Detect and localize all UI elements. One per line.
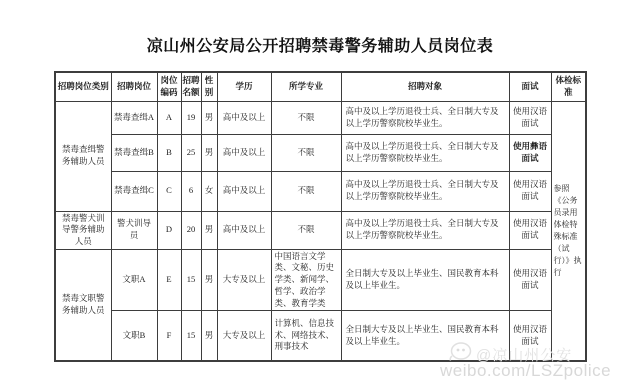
cell-target: 全日制大专及以上毕业生、国民教育本科及以上毕业生。 (341, 311, 509, 361)
scanned-document-page: 凉山州公安局公开招聘禁毒警务辅助人员岗位表 招聘岗位类别 招聘岗位 岗位编码 招… (0, 0, 640, 386)
cell-major: 不限 (271, 211, 341, 249)
cell-major: 不限 (271, 134, 341, 171)
recruitment-positions-table: 招聘岗位类别 招聘岗位 岗位编码 招聘名额 性别 学历 所学专业 招聘对象 面试… (54, 71, 587, 362)
header-interview: 面试 (509, 72, 551, 101)
cell-post: 文职B (111, 311, 157, 361)
cell-physical-standard: 参照《公务员录用体检特殊标准（试行）》执行 (551, 101, 586, 361)
cell-interview: 使用汉语面试 (509, 311, 551, 361)
cell-code: D (157, 211, 181, 249)
header-code: 岗位编码 (157, 72, 181, 101)
cell-education: 高中及以上 (217, 134, 271, 171)
cell-category-wenzhi: 禁毒文职警务辅助人员 (55, 249, 111, 361)
cell-quota: 15 (181, 311, 201, 361)
header-post: 招聘岗位 (111, 72, 157, 101)
cell-post: 警犬训导员 (111, 211, 157, 249)
table-row: 禁毒查缉C C 6 女 高中及以上 不限 高中及以上学历退役士兵、全日制大专及以… (55, 171, 586, 211)
cell-target: 高中及以上学历退役士兵、全日制大专及以上学历警察院校毕业生。 (341, 101, 509, 134)
header-target: 招聘对象 (341, 72, 509, 101)
cell-major: 中国语言文学类、文秘、历史学类、新闻学、哲学、政治学类、教育学类 (271, 249, 341, 311)
cell-target: 全日制大专及以上毕业生、国民教育本科及以上毕业生。 (341, 249, 509, 311)
cell-major: 不限 (271, 171, 341, 211)
cell-education: 大专及以上 (217, 311, 271, 361)
cell-interview: 使用汉语面试 (509, 101, 551, 134)
table-row: 禁毒查缉警务辅助人员 禁毒查缉A A 19 男 高中及以上 不限 高中及以上学历… (55, 101, 586, 134)
header-quota: 招聘名额 (181, 72, 201, 101)
cell-post: 禁毒查缉B (111, 134, 157, 171)
cell-education: 高中及以上 (217, 101, 271, 134)
cell-quota: 15 (181, 249, 201, 311)
cell-quota: 25 (181, 134, 201, 171)
cell-quota: 19 (181, 101, 201, 134)
cell-quota: 20 (181, 211, 201, 249)
cell-interview: 使用汉语面试 (509, 249, 551, 311)
cell-gender: 男 (201, 101, 217, 134)
table-row: 禁毒文职警务辅助人员 文职A E 15 男 大专及以上 中国语言文学类、文秘、历… (55, 249, 586, 311)
cell-post: 禁毒查缉C (111, 171, 157, 211)
cell-interview: 使用汉语面试 (509, 171, 551, 211)
cell-code: C (157, 171, 181, 211)
cell-code: F (157, 311, 181, 361)
cell-code: A (157, 101, 181, 134)
table-header-row: 招聘岗位类别 招聘岗位 岗位编码 招聘名额 性别 学历 所学专业 招聘对象 面试… (55, 72, 586, 101)
cell-quota: 6 (181, 171, 201, 211)
cell-education: 高中及以上 (217, 171, 271, 211)
cell-post: 文职A (111, 249, 157, 311)
cell-category-jingquan: 禁毒警犬训导警务辅助人员 (55, 211, 111, 249)
cell-education: 大专及以上 (217, 249, 271, 311)
cell-category-jiancha: 禁毒查缉警务辅助人员 (55, 101, 111, 211)
cell-target: 高中及以上学历退役士兵、全日制大专及以上学历警察院校毕业生。 (341, 211, 509, 249)
header-category: 招聘岗位类别 (55, 72, 111, 101)
page-title: 凉山州公安局公开招聘禁毒警务辅助人员岗位表 (0, 34, 640, 60)
header-gender: 性别 (201, 72, 217, 101)
cell-major: 计算机、信息技术、网络技术、刑事技术 (271, 311, 341, 361)
cell-gender: 男 (201, 249, 217, 311)
cell-code: B (157, 134, 181, 171)
cell-education: 高中及以上 (217, 211, 271, 249)
cell-interview-yi-language: 使用彝语面试 (509, 134, 551, 171)
cell-gender: 男 (201, 211, 217, 249)
watermark-url-text: weibo.com/LSZpolice (440, 361, 611, 381)
cell-target: 高中及以上学历退役士兵、全日制大专及以上学历警察院校毕业生。 (341, 171, 509, 211)
cell-interview: 使用汉语面试 (509, 211, 551, 249)
table-row: 文职B F 15 男 大专及以上 计算机、信息技术、网络技术、刑事技术 全日制大… (55, 311, 586, 361)
header-major: 所学专业 (271, 72, 341, 101)
table-row: 禁毒警犬训导警务辅助人员 警犬训导员 D 20 男 高中及以上 不限 高中及以上… (55, 211, 586, 249)
header-education: 学历 (217, 72, 271, 101)
cell-target: 高中及以上学历退役士兵、全日制大专及以上学历警察院校毕业生。 (341, 134, 509, 171)
header-physical: 体检标准 (551, 72, 586, 101)
table-row: 禁毒查缉B B 25 男 高中及以上 不限 高中及以上学历退役士兵、全日制大专及… (55, 134, 586, 171)
cell-gender: 男 (201, 134, 217, 171)
cell-post: 禁毒查缉A (111, 101, 157, 134)
cell-major: 不限 (271, 101, 341, 134)
cell-code: E (157, 249, 181, 311)
cell-gender: 女 (201, 171, 217, 211)
cell-gender: 男 (201, 311, 217, 361)
